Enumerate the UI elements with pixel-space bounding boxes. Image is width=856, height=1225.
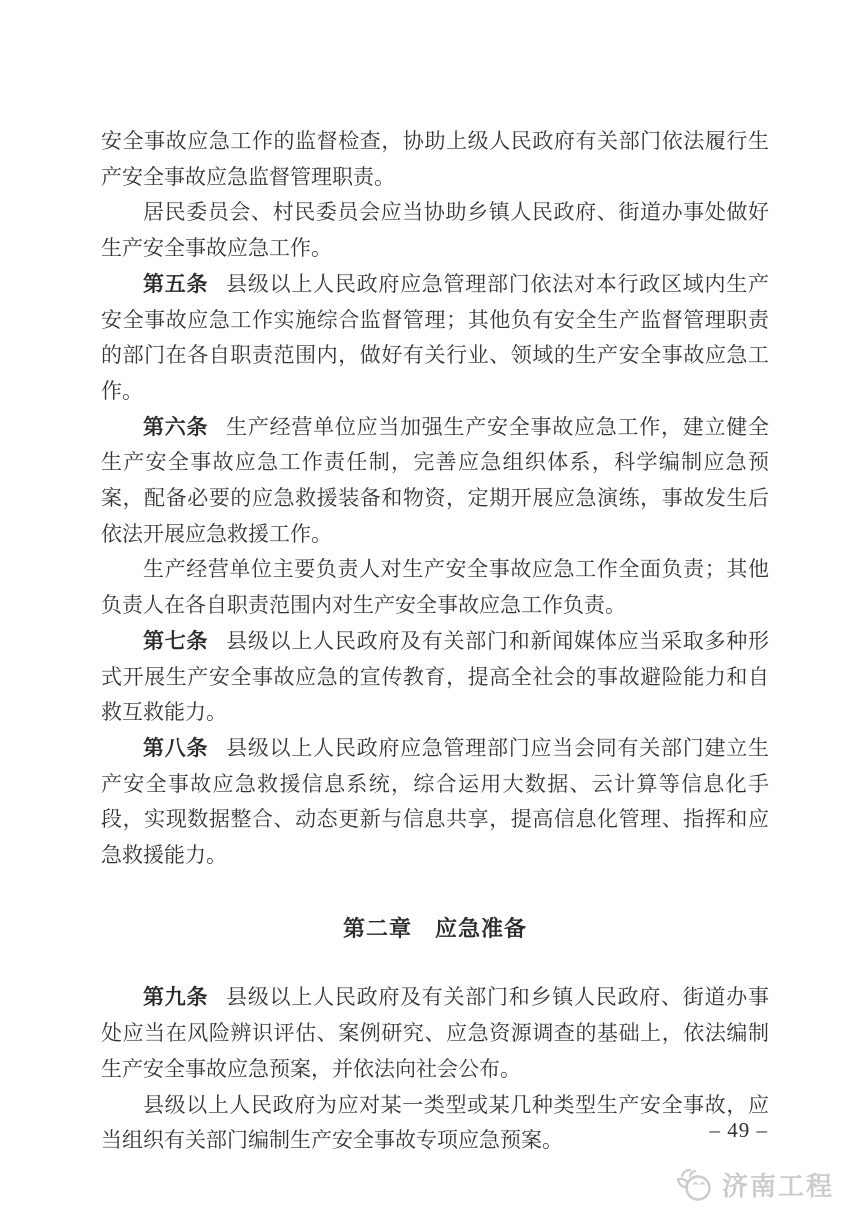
article-number: 第六条 xyxy=(143,416,208,439)
paragraph-text: 生产经营单位主要负责人对生产安全事故应急工作全面负责；其他负责人在各自职责范围内… xyxy=(101,557,769,617)
paragraph-article-5: 第五条县级以上人民政府应急管理部门依法对本行政区域内生产安全事故应急工作实施综合… xyxy=(101,267,769,410)
chapter-heading: 第二章 应急准备 xyxy=(101,911,769,947)
watermark-logo-icon xyxy=(675,1167,715,1203)
paragraph-text: 安全事故应急工作的监督检查，协助上级人民政府有关部门依法履行生产安全事故应急监督… xyxy=(101,129,769,189)
paragraph-text: 县级以上人民政府为应对某一类型或某几种类型生产安全事故，应当组织有关部门编制生产… xyxy=(101,1093,769,1153)
paragraph: 生产经营单位主要负责人对生产安全事故应急工作全面负责；其他负责人在各自职责范围内… xyxy=(101,552,769,623)
paragraph: 居民委员会、村民委员会应当协助乡镇人民政府、街道办事处做好生产安全事故应急工作。 xyxy=(101,195,769,266)
document-body: 安全事故应急工作的监督检查，协助上级人民政府有关部门依法履行生产安全事故应急监督… xyxy=(101,124,769,1159)
article-number: 第八条 xyxy=(143,737,208,760)
paragraph-article-9: 第九条县级以上人民政府及有关部门和乡镇人民政府、街道办事处应当在风险辨识评估、案… xyxy=(101,980,769,1087)
watermark: 济南工程 xyxy=(675,1166,834,1203)
document-page: 安全事故应急工作的监督检查，协助上级人民政府有关部门依法履行生产安全事故应急监督… xyxy=(0,0,856,1225)
paragraph-article-7: 第七条县级以上人民政府及有关部门和新闻媒体应当采取多种形式开展生产安全事故应急的… xyxy=(101,624,769,731)
paragraph-article-6: 第六条生产经营单位应当加强生产安全事故应急工作，建立健全生产安全事故应急工作责任… xyxy=(101,410,769,553)
paragraph: 县级以上人民政府为应对某一类型或某几种类型生产安全事故，应当组织有关部门编制生产… xyxy=(101,1088,769,1159)
page-number: – 49 – xyxy=(710,1118,769,1143)
article-number: 第七条 xyxy=(143,630,208,653)
article-number: 第五条 xyxy=(143,273,208,296)
paragraph-article-8: 第八条县级以上人民政府应急管理部门应当会同有关部门建立生产安全事故应急救援信息系… xyxy=(101,731,769,874)
watermark-text: 济南工程 xyxy=(722,1166,834,1203)
paragraph-text: 居民委员会、村民委员会应当协助乡镇人民政府、街道办事处做好生产安全事故应急工作。 xyxy=(101,200,769,260)
paragraph: 安全事故应急工作的监督检查，协助上级人民政府有关部门依法履行生产安全事故应急监督… xyxy=(101,124,769,195)
article-number: 第九条 xyxy=(143,986,208,1009)
